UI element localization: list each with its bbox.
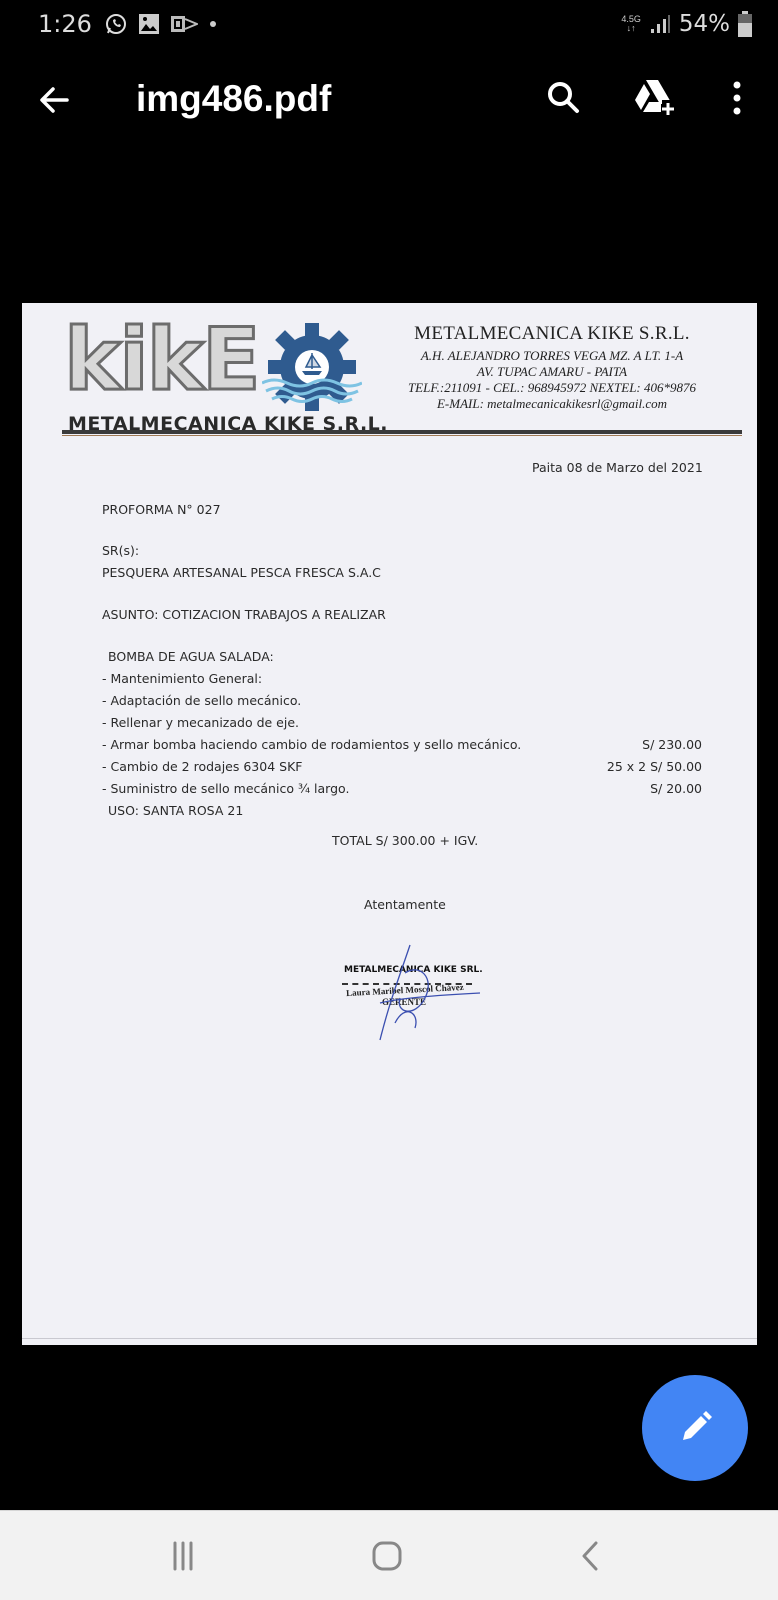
edit-fab-button[interactable]: [642, 1375, 748, 1481]
proforma-number: PROFORMA N° 027: [102, 502, 221, 517]
home-icon: [371, 1540, 403, 1572]
closing: Atentamente: [364, 897, 446, 912]
battery-percent: 54%: [679, 11, 730, 37]
dot-icon: [208, 19, 218, 29]
home-button[interactable]: [362, 1531, 412, 1581]
outlook-icon: [170, 13, 198, 35]
quote-item: - Cambio de 2 rodajes 6304 SKF25 x 2 S/ …: [102, 759, 702, 781]
gallery-icon: [138, 13, 160, 35]
drive-add-icon: [632, 78, 676, 118]
more-options-button[interactable]: [722, 78, 752, 118]
battery-icon: [738, 11, 752, 37]
company-logo: kikE METALMECANICA KIKE S.R.L.: [62, 315, 392, 425]
handwritten-signature: [350, 943, 480, 1043]
search-button[interactable]: [544, 78, 584, 118]
letterhead-address-1: A.H. ALEJANDRO TORRES VEGA MZ. A LT. 1-A: [377, 348, 727, 364]
page-edge: [22, 1338, 757, 1339]
recents-button[interactable]: [158, 1531, 208, 1581]
letterhead: METALMECANICA KIKE S.R.L. A.H. ALEJANDRO…: [377, 323, 727, 412]
document-title: img486.pdf: [136, 78, 331, 120]
quote-item: - Rellenar y mecanizado de eje.: [102, 715, 702, 737]
letterhead-company: METALMECANICA KIKE S.R.L.: [377, 323, 727, 345]
header-divider: [62, 430, 742, 434]
signature-stamp: METALMECANICA KIKE SRL. Laura Maribel Mo…: [340, 943, 500, 1043]
app-bar: img486.pdf: [0, 62, 778, 142]
status-right: 4.5G ↓↑ 54%: [621, 11, 752, 37]
signal-icon: [649, 13, 671, 35]
add-to-drive-button[interactable]: [632, 78, 676, 118]
recipient-name: PESQUERA ARTESANAL PESCA FRESCA S.A.C: [102, 565, 381, 580]
more-vert-icon: [722, 78, 752, 118]
edit-pencil-icon: [675, 1408, 715, 1448]
pdf-page[interactable]: kikE METALMECANICA KIKE S.R.L. METALMECA…: [22, 303, 757, 1345]
logo-wordmark: kikE: [64, 315, 259, 405]
subject-line: ASUNTO: COTIZACION TRABAJOS A REALIZAR: [102, 607, 386, 622]
quote-item: - Adaptación de sello mecánico.: [102, 693, 702, 715]
status-bar: 1:26 4.5G ↓↑ 54%: [0, 0, 778, 48]
quote-total: TOTAL S/ 300.00 + IGV.: [332, 833, 478, 848]
search-icon: [544, 78, 584, 118]
system-nav-bar: [0, 1510, 778, 1600]
quote-item: - Armar bomba haciendo cambio de rodamie…: [102, 737, 702, 759]
quote-items: BOMBA DE AGUA SALADA: - Mantenimiento Ge…: [102, 649, 702, 825]
quote-item: BOMBA DE AGUA SALADA:: [102, 649, 702, 671]
quote-item: - Suministro de sello mecánico ¾ largo.S…: [102, 781, 702, 803]
quote-item: USO: SANTA ROSA 21: [102, 803, 702, 825]
whatsapp-icon: [104, 12, 128, 36]
recents-icon: [168, 1541, 198, 1571]
arrow-back-icon: [34, 80, 74, 120]
nav-back-button[interactable]: [566, 1531, 616, 1581]
back-icon: [576, 1541, 606, 1571]
quote-item: - Mantenimiento General:: [102, 671, 702, 693]
document-date: Paita 08 de Marzo del 2021: [532, 460, 703, 475]
letterhead-phones: TELF.:211091 - CEL.: 968945972 NEXTEL: 4…: [377, 380, 727, 396]
back-button[interactable]: [34, 80, 74, 120]
recipient-label: SR(s):: [102, 543, 139, 558]
network-indicator: 4.5G ↓↑: [621, 15, 641, 33]
gear-ship-icon: [262, 319, 362, 419]
status-time: 1:26: [38, 10, 92, 38]
letterhead-email: E-MAIL: metalmecanicakikesrl@gmail.com: [377, 396, 727, 412]
letterhead-address-2: AV. TUPAC AMARU - PAITA: [377, 364, 727, 380]
header-divider-accent: [62, 435, 742, 436]
notification-icons: [104, 12, 218, 36]
